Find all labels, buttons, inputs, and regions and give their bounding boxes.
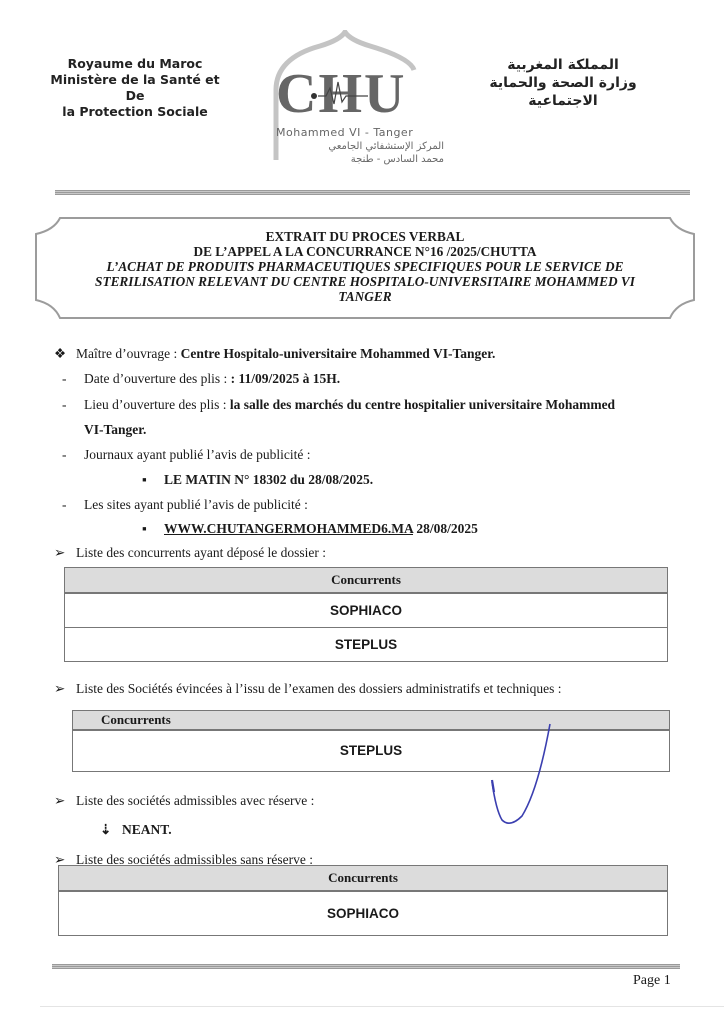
maitre-ouvrage: ❖Maître d’ouvrage : Centre Hospitalo-uni… bbox=[54, 345, 495, 363]
section-deposes-label: ➢Liste des concurrents ayant déposé le d… bbox=[54, 544, 326, 562]
chu-logo: CHU Mohammed VI - Tanger المركز الإستشفا… bbox=[250, 30, 470, 160]
table-header: Concurrents bbox=[73, 711, 669, 730]
logo-subtitle: Mohammed VI - Tanger bbox=[276, 126, 413, 139]
site-item: ▪WWW.CHUTANGERMOHAMMED6.MA 28/08/2025 bbox=[142, 520, 478, 538]
sites: -Les sites ayant publié l’avis de public… bbox=[62, 496, 308, 514]
header-left-line: la Protection Sociale bbox=[40, 104, 230, 120]
square-bullet-icon: ▪ bbox=[142, 520, 164, 538]
down-arrow-bullet-icon: ⇣ bbox=[100, 821, 122, 839]
square-bullet-icon: ▪ bbox=[142, 471, 164, 489]
header-divider bbox=[55, 190, 690, 195]
site-link[interactable]: WWW.CHUTANGERMOHAMMED6.MA bbox=[164, 521, 413, 536]
journaux-label: Journaux ayant publié l’avis de publicit… bbox=[84, 447, 310, 462]
table-row: SOPHIACO bbox=[59, 891, 667, 935]
arrow-bullet-icon: ➢ bbox=[54, 792, 76, 810]
section-label: Liste des Sociétés évincées à l’issu de … bbox=[76, 681, 562, 696]
table-header: Concurrents bbox=[65, 568, 667, 593]
title-subject-line: TANGER bbox=[30, 289, 700, 304]
table-header: Concurrents bbox=[59, 866, 667, 891]
title-line: DE L’APPEL A LA CONCURRANCE N°16 /2025/C… bbox=[30, 244, 700, 259]
logo-arabic-line: محمد السادس - طنجة bbox=[351, 154, 444, 165]
title-subject-line: STERILISATION RELEVANT DU CENTRE HOSPITA… bbox=[30, 274, 700, 289]
title-subject-line: L’ACHAT DE PRODUITS PHARMACEUTIQUES SPEC… bbox=[30, 259, 700, 274]
logo-arabic-line: المركز الإستشفائي الجامعي bbox=[328, 141, 444, 152]
journaux: -Journaux ayant publié l’avis de publici… bbox=[62, 446, 310, 464]
table-row: STEPLUS bbox=[65, 627, 667, 661]
table-deposes: Concurrents SOPHIACO STEPLUS bbox=[64, 567, 668, 662]
avec-reserve-value: ⇣NEANT. bbox=[100, 821, 172, 839]
neant-text: NEANT. bbox=[122, 822, 172, 837]
section-label: Liste des concurrents ayant déposé le do… bbox=[76, 545, 326, 560]
table-row: STEPLUS bbox=[73, 730, 669, 771]
table-row: SOPHIACO bbox=[65, 593, 667, 627]
journal-item: ▪LE MATIN N° 18302 du 28/08/2025. bbox=[142, 471, 373, 489]
header-left-institution: Royaume du Maroc Ministère de la Santé e… bbox=[40, 56, 230, 120]
heartbeat-icon bbox=[308, 80, 368, 110]
sites-label: Les sites ayant publié l’avis de publici… bbox=[84, 497, 308, 512]
lieu-value-cont: VI-Tanger. bbox=[84, 421, 146, 439]
dash-bullet-icon: - bbox=[62, 396, 84, 414]
maitre-label: Maître d’ouvrage : bbox=[76, 346, 181, 361]
maitre-value: Centre Hospitalo-universitaire Mohammed … bbox=[181, 346, 496, 361]
date-ouverture: -Date d’ouverture des plis : : 11/09/202… bbox=[62, 370, 340, 388]
dash-bullet-icon: - bbox=[62, 446, 84, 464]
dash-bullet-icon: - bbox=[62, 370, 84, 388]
header-left-line: Ministère de la Santé et De bbox=[40, 72, 230, 104]
header-right-institution: المملكة المغربية وزارة الصحة والحماية ال… bbox=[488, 56, 638, 110]
lieu-ouverture: -Lieu d’ouverture des plis : la salle de… bbox=[62, 396, 615, 414]
page-edge bbox=[40, 1006, 724, 1007]
diamond-bullet-icon: ❖ bbox=[54, 345, 76, 363]
table-sans-reserve: Concurrents SOPHIACO bbox=[58, 865, 668, 936]
title-line: EXTRAIT DU PROCES VERBAL bbox=[30, 229, 700, 244]
journal-item-text: LE MATIN N° 18302 du 28/08/2025. bbox=[164, 472, 373, 487]
handwritten-signature bbox=[480, 720, 560, 830]
date-value: : 11/09/2025 à 15H. bbox=[231, 371, 341, 386]
footer-divider bbox=[52, 964, 680, 969]
lieu-label: Lieu d’ouverture des plis : bbox=[84, 397, 230, 412]
site-date: 28/08/2025 bbox=[413, 521, 478, 536]
lieu-value: la salle des marchés du centre hospitali… bbox=[230, 397, 615, 412]
page-number: Page 1 bbox=[633, 973, 671, 989]
arrow-bullet-icon: ➢ bbox=[54, 680, 76, 698]
section-label: Liste des sociétés admissibles avec rése… bbox=[76, 793, 314, 808]
date-label: Date d’ouverture des plis : bbox=[84, 371, 231, 386]
header-right-line: الاجتماعية bbox=[488, 92, 638, 110]
header-right-line: المملكة المغربية bbox=[488, 56, 638, 74]
header-left-line: Royaume du Maroc bbox=[40, 56, 230, 72]
dash-bullet-icon: - bbox=[62, 496, 84, 514]
table-evincees: Concurrents STEPLUS bbox=[72, 710, 670, 772]
section-avec-reserve-label: ➢Liste des sociétés admissibles avec rés… bbox=[54, 792, 314, 810]
title-box: EXTRAIT DU PROCES VERBAL DE L’APPEL A LA… bbox=[30, 212, 700, 322]
arrow-bullet-icon: ➢ bbox=[54, 544, 76, 562]
section-evincees-label: ➢Liste des Sociétés évincées à l’issu de… bbox=[54, 680, 562, 698]
header-right-line: وزارة الصحة والحماية bbox=[488, 74, 638, 92]
